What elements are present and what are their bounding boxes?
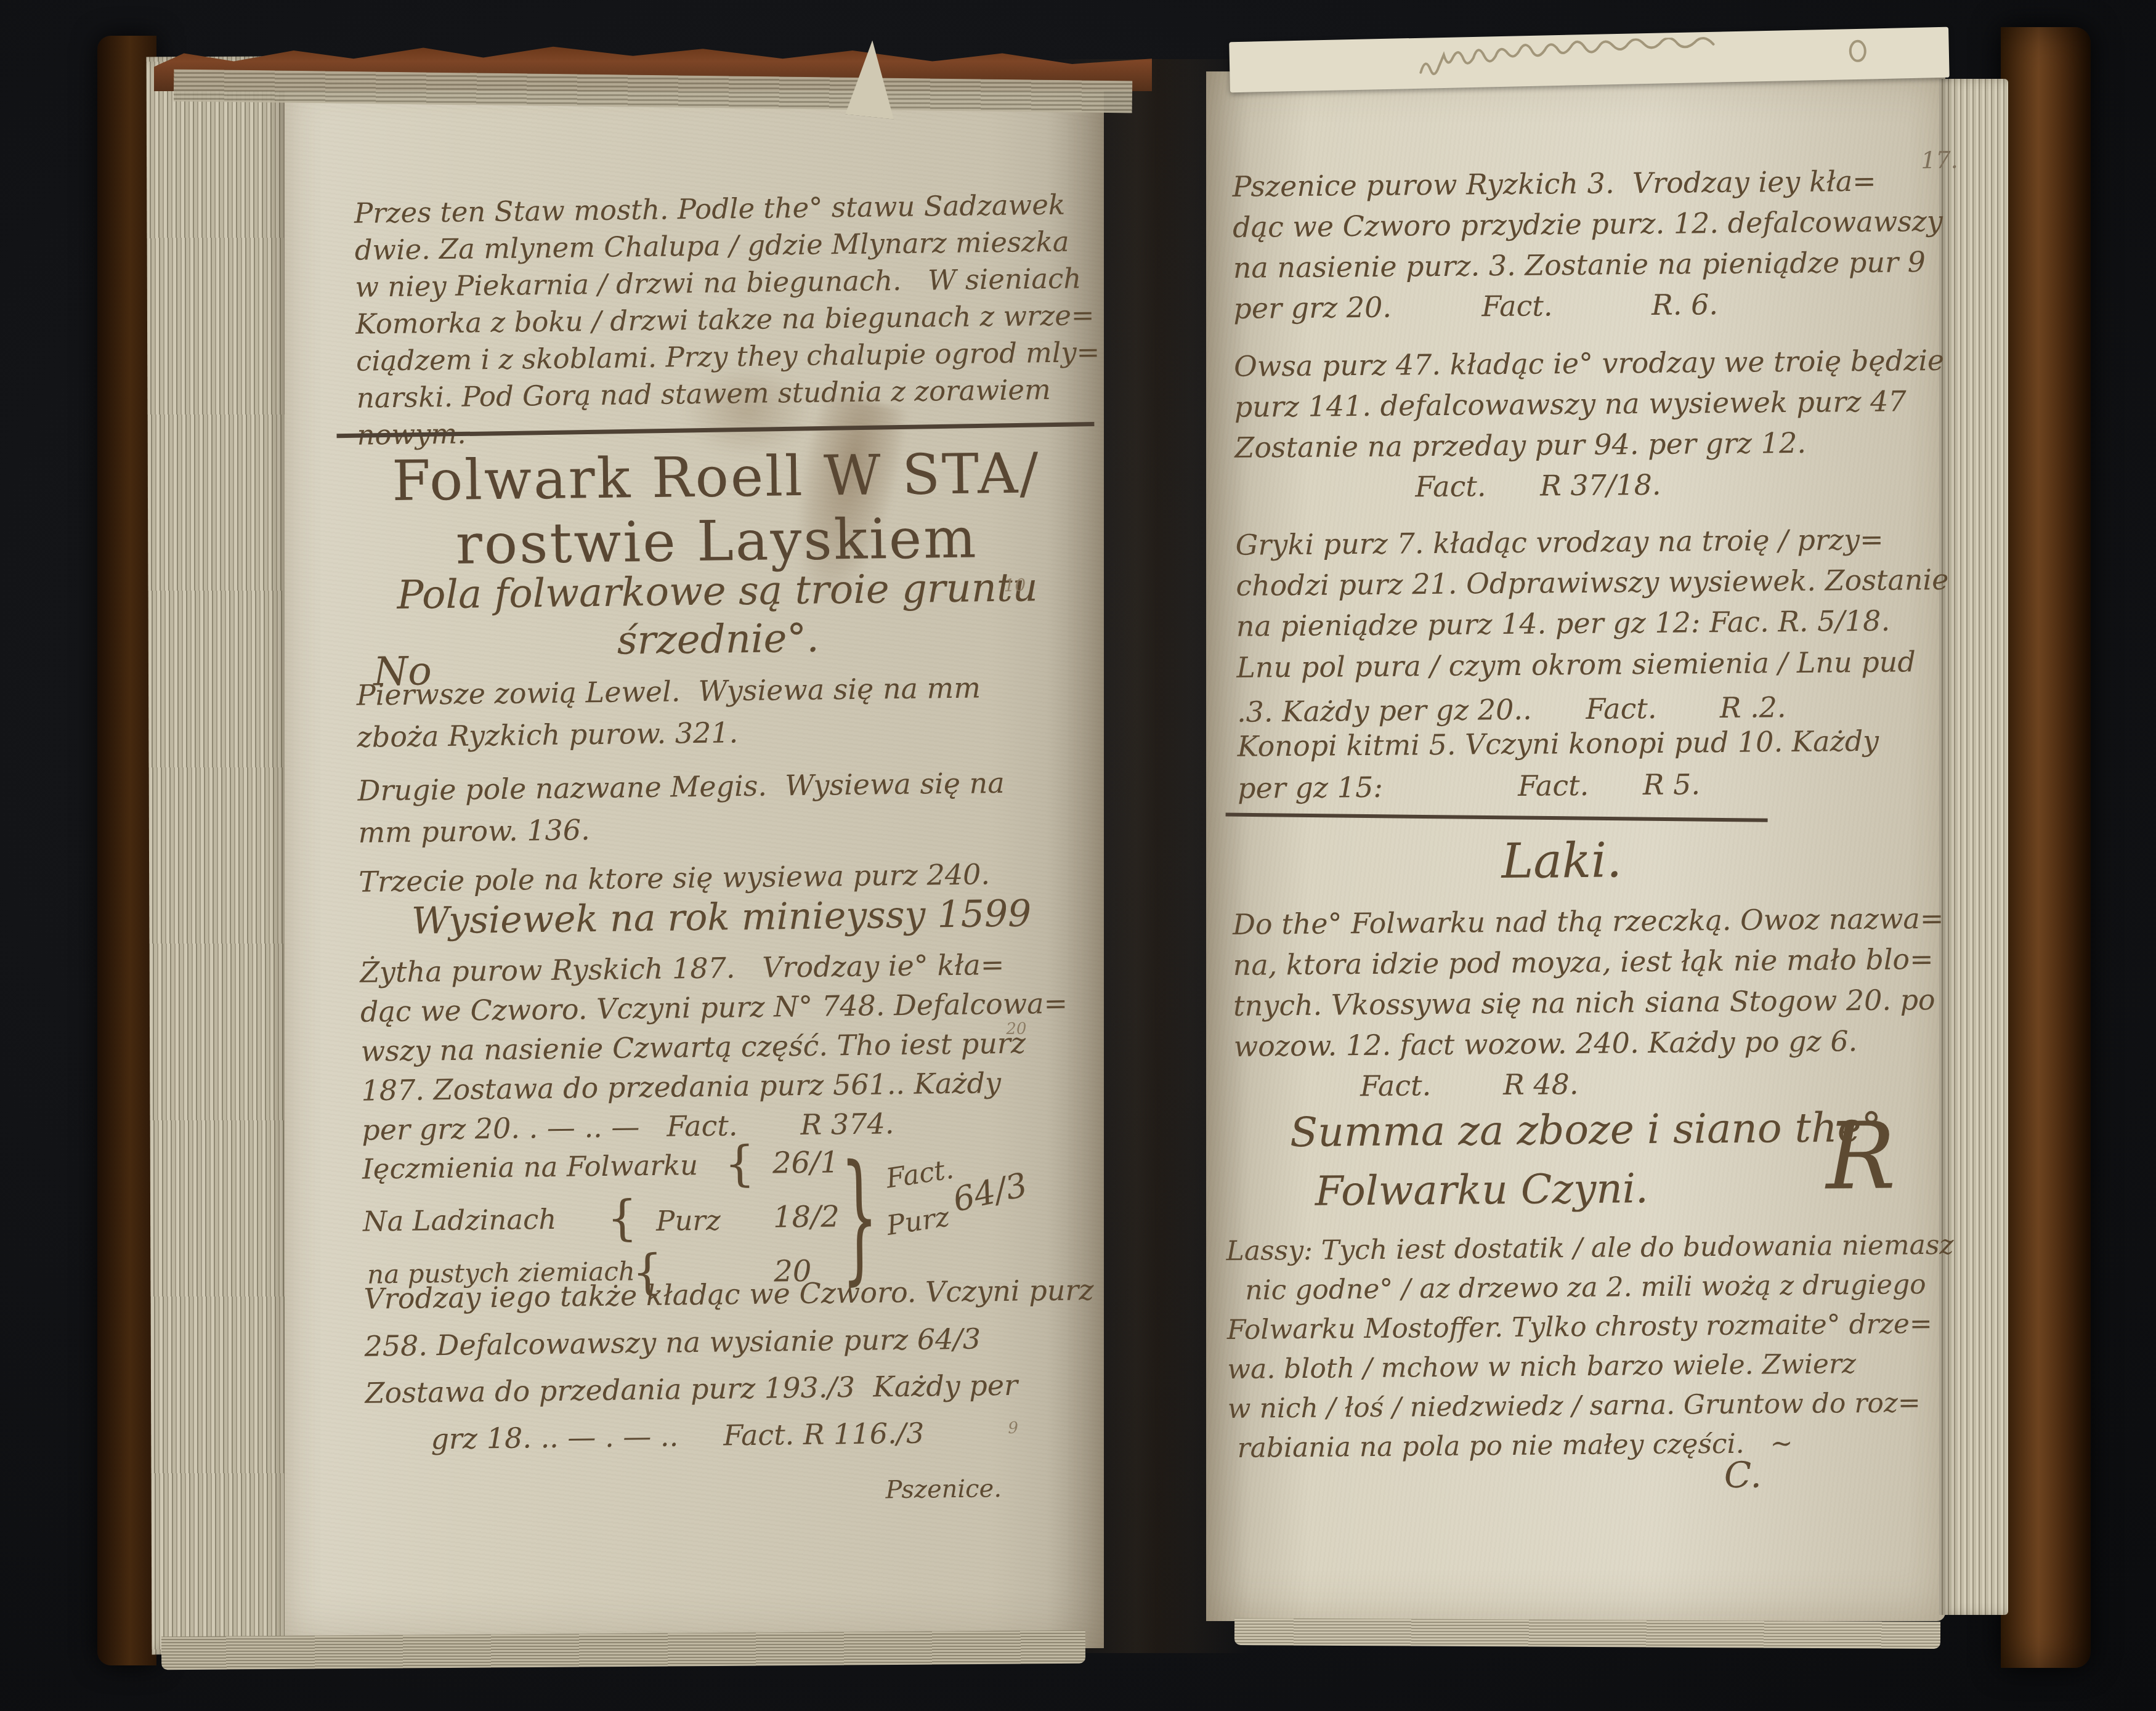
manuscript-line: per grz 20. . — .. — Fact. R 374. xyxy=(362,1102,1069,1150)
meadows-rule xyxy=(1226,813,1768,822)
heading-line: Wysiewek na rok minieyssy 1599 xyxy=(342,891,1101,944)
subheading-line: śrzednie°. xyxy=(339,611,1097,668)
margin-note-10: 10 xyxy=(1003,575,1026,595)
manuscript-line: Do the° Folwarku nad thą rzeczką. Owoz n… xyxy=(1233,898,1944,945)
manuscript-line: Lnu pol pura / czym okrom siemienia / Ln… xyxy=(1236,639,1916,690)
fact-unit: Purz xyxy=(885,1201,952,1242)
barley-row1-label: Ięczmienia na Folwarku xyxy=(362,1149,699,1186)
barley-value-1: 26/1 xyxy=(772,1145,839,1180)
signature-mark-text: C. xyxy=(1724,1454,1762,1496)
fields-subheading: Pola folwarkowe są troie gruntu śrzednie… xyxy=(338,563,1097,668)
manuscript-line: Pszenice purow Ryzkich 3. Vrodzay iey kł… xyxy=(1232,160,1942,207)
yield-line-3: Zostawa do przedania purz 193./3 Każdy p… xyxy=(365,1369,1018,1410)
manuscript-line: wa. bloth / mchow w nich barzo wiele. Zw… xyxy=(1227,1344,1955,1389)
barley-fact-label: Fact. xyxy=(884,1154,956,1195)
barley-fact-unit: Purz xyxy=(885,1201,952,1242)
barley-total: 64/3 xyxy=(949,1165,1031,1220)
manuscript-line: Lassy: Tych iest dostatik / ale do budow… xyxy=(1226,1226,1954,1271)
manuscript-line: chodzi purz 21. Odprawiwszy wysiewek. Zo… xyxy=(1236,559,1949,606)
margin-note-text: 10 xyxy=(1003,575,1026,595)
manuscript-line: w nich / łoś / niedzwiedz / sarna. Grunt… xyxy=(1228,1383,1956,1429)
brace-glyph: { xyxy=(607,1191,638,1247)
table-total-value: 64/3 xyxy=(949,1165,1031,1220)
manuscript-line: Trzecie pole na ktore się wysiewa purz 2… xyxy=(359,857,990,899)
manuscript-line: Drugie pole nazwane Megis. Wysiewa się n… xyxy=(357,766,1005,807)
yield-line-2: 258. Defalcowawszy na wysianie purz 64/3 xyxy=(364,1322,981,1362)
manuscript-line: Fact. R 37/18. xyxy=(1235,462,1946,509)
table-unit-label: Purz xyxy=(656,1204,721,1237)
heading-line: Summa za zboze i siano the° xyxy=(1290,1098,1882,1162)
manuscript-line: Owsa purz 47. kładąc ie° vrodzay we troi… xyxy=(1234,340,1945,387)
subheading-line: Pola folwarkowe są troie gruntu xyxy=(338,563,1096,620)
manuscript-line: purz 141. defalcowawszy na wysiewek purz… xyxy=(1234,381,1945,427)
manuscript-line: grz 18. .. — . — .. Fact. R 116./3 xyxy=(431,1417,925,1456)
manuscript-line: per grz 20. Fact. R. 6. xyxy=(1233,282,1943,329)
currency-glyph: R xyxy=(1826,1110,1896,1203)
table-row-label: Na Ladzinach xyxy=(363,1203,557,1238)
manuscript-line: rabiania na pola po nie małey części. ~ xyxy=(1237,1423,1956,1468)
manuscript-line: Konopi kitmi 5. Vczyni konopi pud 10. Ka… xyxy=(1237,720,1879,767)
manuscript-line: Pierwsze zowią Lewel. Wysiewa się na mm xyxy=(356,671,981,711)
manuscript-line: nic godne° / az drzewo za 2. mili wożą z… xyxy=(1245,1265,1955,1311)
catchword-text: Pszenice. xyxy=(885,1474,1002,1504)
heading-line: Folwark Roell W STA/ xyxy=(337,441,1095,514)
fact-label: Fact. xyxy=(884,1154,956,1195)
brace-glyph: { xyxy=(724,1136,756,1192)
yield-line-4: grz 18. .. — . — .. Fact. R 116./3 xyxy=(431,1417,925,1456)
table-row-label: Ięczmienia na Folwarku xyxy=(362,1149,699,1186)
mill-paragraph: Przes ten Staw mosth. Podle the° stawu S… xyxy=(354,186,1101,454)
manuscript-line: per gz 15: Fact. R 5. xyxy=(1238,762,1879,809)
manuscript-line: Gryki purz 7. kładąc vrodzay na troię / … xyxy=(1235,519,1948,565)
barley-value-2: 18/2 xyxy=(773,1199,840,1234)
buckwheat-paragraph: Gryki purz 7. kładąc vrodzay na troię / … xyxy=(1235,519,1949,647)
manuscript-line: zboża Ryzkich purow. 321. xyxy=(357,716,738,754)
field-line-5: Trzecie pole na ktore się wysiewa purz 2… xyxy=(359,857,990,899)
manuscript-line: wozow. 12. fact wozow. 240. Każdy po gz … xyxy=(1234,1020,1945,1067)
catchword: Pszenice. xyxy=(885,1474,1002,1504)
manuscript-line: dąc we Czworo przydzie purz. 12. defalco… xyxy=(1233,201,1943,248)
manuscript-line: Folwarku Mostoffer. Tylko chrosty rozmai… xyxy=(1227,1304,1955,1350)
oats-paragraph: Owsa purz 47. kładąc ie° vrodzay we troi… xyxy=(1234,340,1945,509)
left-page-text: Przes ten Staw mosth. Podle the° stawu S… xyxy=(280,63,1118,1656)
manuscript-line: tnych. Vkossywa się na nich siana Stogow… xyxy=(1233,979,1945,1026)
field-line-4: mm purow. 136. xyxy=(358,813,590,849)
manuscript-line: Zostawa do przedania purz 193./3 Każdy p… xyxy=(365,1369,1018,1410)
right-page-text: 17. Pszenice purow Ryzkich 3. Vrodzay ie… xyxy=(1201,68,1959,1626)
field-line-3: Drugie pole nazwane Megis. Wysiewa się n… xyxy=(357,766,1005,807)
field-line-2: zboża Ryzkich purow. 321. xyxy=(357,716,738,754)
barley-close-brace: } xyxy=(840,1136,880,1300)
page-edges-left xyxy=(146,57,294,1655)
meadows-heading: Laki. xyxy=(1207,830,1916,892)
barley-row2-label: Na Ladzinach xyxy=(363,1203,557,1238)
margin-note-text: 9 xyxy=(1008,1419,1018,1438)
right-cover xyxy=(2001,27,2091,1668)
field-line-1: Pierwsze zowią Lewel. Wysiewa się na mm xyxy=(356,671,981,711)
barley-brace-1: { xyxy=(724,1136,756,1192)
wheat-paragraph: Pszenice purow Ryzkich 3. Vrodzay iey kł… xyxy=(1232,160,1943,329)
barley-unit: Purz xyxy=(656,1204,721,1237)
margin-note-text: 20 xyxy=(1006,1020,1026,1038)
heading-line: Laki. xyxy=(1207,830,1916,892)
margin-note-20: 20 xyxy=(1006,1020,1026,1038)
table-cell-value: 26/1 xyxy=(772,1145,839,1180)
margin-note-9: 9 xyxy=(1008,1419,1018,1438)
summa-currency-mark: R xyxy=(1826,1110,1896,1203)
sowing-year-heading: Wysiewek na rok minieyssy 1599 xyxy=(342,891,1101,944)
manuscript-line: 258. Defalcowawszy na wysianie purz 64/3 xyxy=(364,1322,981,1362)
rye-paragraph: Żytha purow Ryskich 187. Vrodzay ie° kła… xyxy=(360,944,1069,1150)
manuscript-line: na, ktora idzie pod moyza, iest łąk nie … xyxy=(1233,939,1944,985)
manuscript-line: mm purow. 136. xyxy=(358,813,590,849)
brace-glyph: } xyxy=(840,1136,880,1300)
table-cell-value: 18/2 xyxy=(773,1199,840,1234)
forests-paragraph: Lassy: Tych iest dostatik / ale do budow… xyxy=(1226,1226,1955,1468)
manuscript-line: Zostanie na przeday pur 94. per grz 12. xyxy=(1234,421,1945,468)
heading-line: Folwarku Czyni. xyxy=(1315,1157,1882,1221)
meadows-paragraph: Do the° Folwarku nad thą rzeczką. Owoz n… xyxy=(1233,898,1945,1107)
manuscript-line: na nasienie purz. 3. Zostanie na pieniąd… xyxy=(1233,241,1943,288)
signature-mark: C. xyxy=(1724,1454,1762,1496)
folwark-heading: Folwark Roell W STA/ rostwie Layskiem xyxy=(337,441,1096,578)
hemp-paragraph: Konopi kitmi 5. Vczyni konopi pud 10. Ka… xyxy=(1237,720,1879,809)
summa-heading: Summa za zboze i siano the° Folwarku Czy… xyxy=(1290,1098,1882,1221)
barley-brace-2: { xyxy=(607,1191,638,1247)
